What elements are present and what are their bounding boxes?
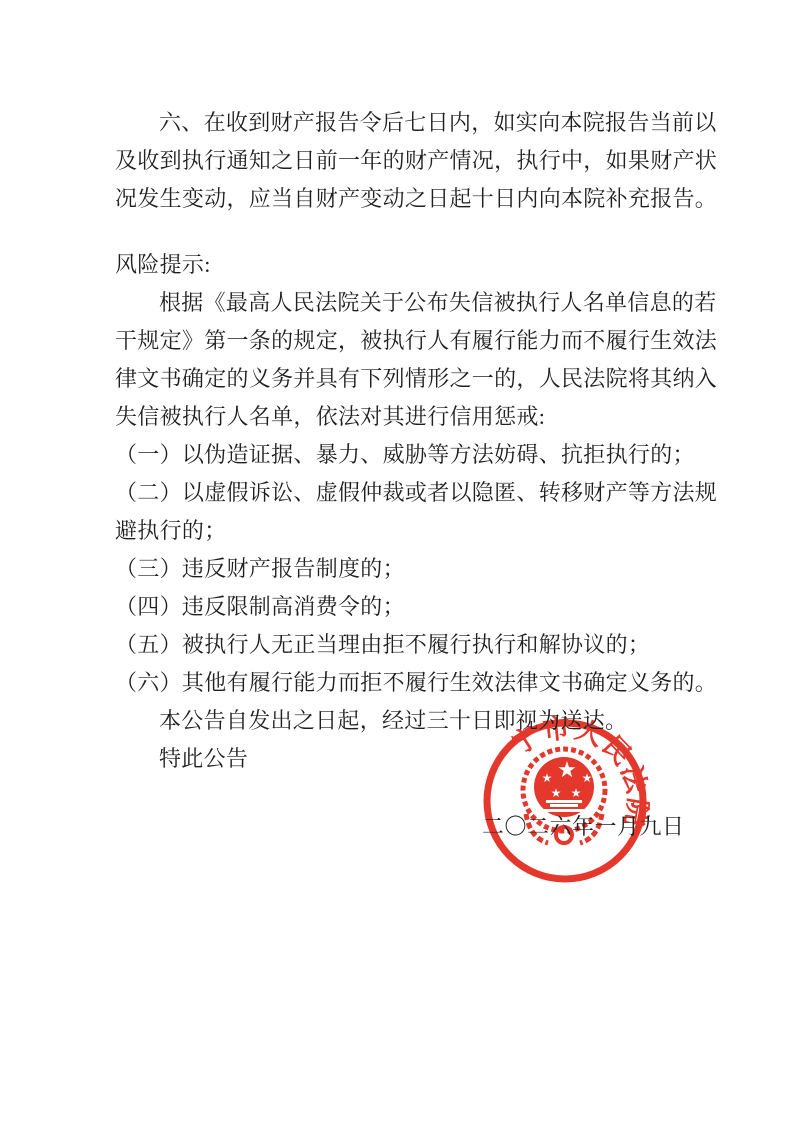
- list-item-4: （四）违反限制高消费令的；: [115, 588, 727, 626]
- small-star-icon: ★: [571, 786, 582, 800]
- paragraph-line: 律文书确定的义务并具有下列情形之一的，人民法院将其纳入: [115, 360, 727, 398]
- paragraph-line: 根据《最高人民法院关于公布失信被执行人名单信息的若: [115, 284, 727, 322]
- list-item-3: （三）违反财产报告制度的；: [115, 550, 727, 588]
- risk-notice-heading: 风险提示:: [115, 246, 727, 284]
- paragraph-line: 干规定》第一条的规定，被执行人有履行能力而不履行生效法: [115, 322, 727, 360]
- paragraph-line: 及收到执行通知之日前一年的财产情况，执行中，如果财产状: [115, 142, 727, 180]
- paragraph-line: 况发生变动，应当自财产变动之日起十日内向本院补充报告。: [115, 180, 727, 218]
- paragraph-line: 六、在收到财产报告令后七日内，如实向本院报告当前以: [115, 104, 727, 142]
- list-item-2: （二）以虚假诉讼、虚假仲裁或者以隐匿、转移财产等方法规: [115, 474, 727, 512]
- paragraph-line: 失信被执行人名单，依法对其进行信用惩戒:: [115, 398, 727, 436]
- list-item-2-continued: 避执行的；: [115, 512, 727, 550]
- list-item-5: （五）被执行人无正当理由拒不履行执行和解协议的；: [115, 626, 727, 664]
- list-item-1: （一）以伪造证据、暴力、威胁等方法妨碍、抗拒执行的；: [115, 436, 727, 474]
- closing-line: 特此公告: [115, 740, 727, 778]
- small-star-icon: ★: [551, 786, 562, 800]
- document-page: ★ ★ ★ ★ ★ 宁市人民法院 六、在收到财产报告令后七日: [0, 0, 793, 1122]
- document-date: 二〇二六年一月九日: [482, 812, 685, 842]
- document-body: 六、在收到财产报告令后七日内，如实向本院报告当前以 及收到执行通知之日前一年的财…: [115, 104, 727, 778]
- list-item-6: （六）其他有履行能力而拒不履行生效法律文书确定义务的。: [115, 664, 727, 702]
- service-deemed-line: 本公告自发出之日起，经过三十日即视为送达。: [115, 702, 727, 740]
